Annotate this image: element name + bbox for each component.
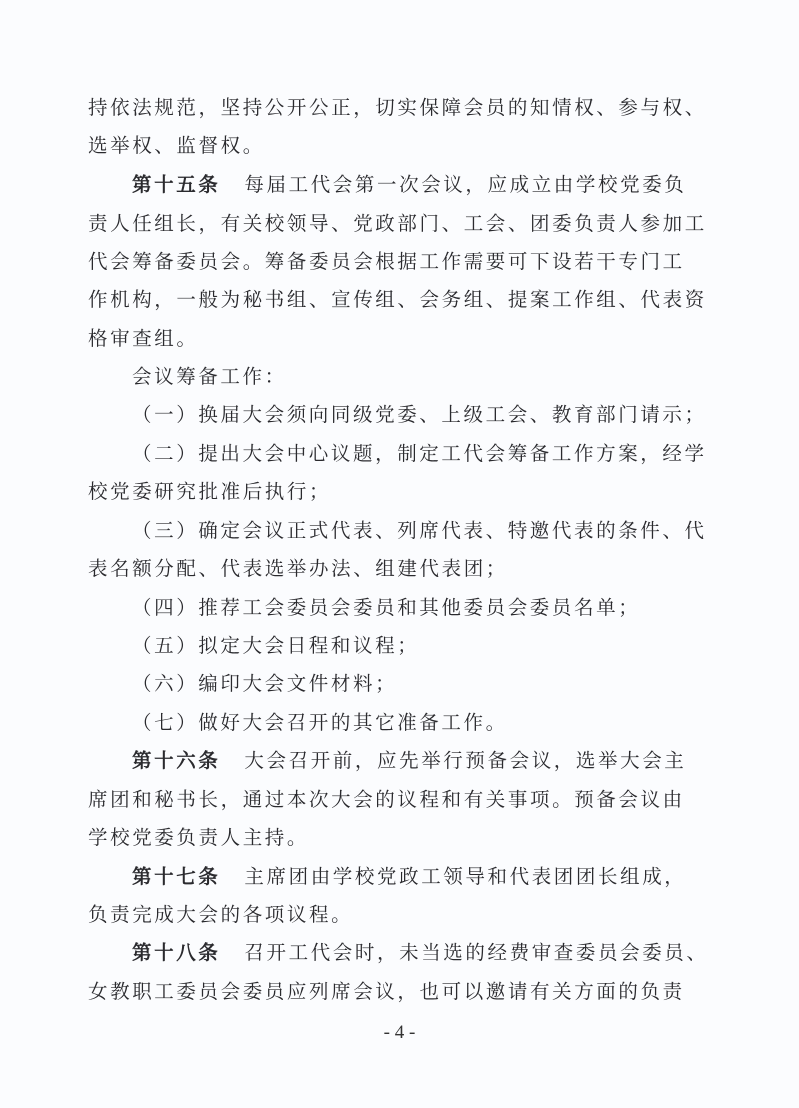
list-item: （四）推荐工会委员会委员和其他委员会委员名单； bbox=[132, 596, 772, 620]
text-line: 表名额分配、代表选举办法、组建代表团； bbox=[88, 557, 728, 581]
text-line: 作机构，一般为秘书组、宣传组、会务组、提案工作组、代表资 bbox=[88, 288, 728, 312]
text-line: 持依法规范，坚持公开公正，切实保障会员的知情权、参与权、 bbox=[88, 96, 728, 120]
article-16: 第十六条大会召开前，应先举行预备会议，选举大会主 bbox=[132, 749, 772, 773]
text-line: 席团和秘书长，通过本次大会的议程和有关事项。预备会议由 bbox=[88, 788, 728, 812]
article-15: 第十五条每届工代会第一次会议，应成立由学校党委负 bbox=[132, 173, 772, 197]
article-label: 第十七条 bbox=[132, 865, 220, 888]
list-item: （二）提出大会中心议题，制定工代会筹备工作方案，经学 bbox=[132, 442, 772, 466]
list-item: （六）编印大会文件材料； bbox=[132, 672, 772, 696]
list-item: （三）确定会议正式代表、列席代表、特邀代表的条件、代 bbox=[132, 519, 772, 543]
text-line: 校党委研究批准后执行； bbox=[88, 480, 728, 504]
article-17: 第十七条主席团由学校党政工领导和代表团团长组成， bbox=[132, 865, 772, 889]
document-page: 持依法规范，坚持公开公正，切实保障会员的知情权、参与权、 选举权、监督权。 第十… bbox=[0, 0, 799, 1108]
article-text: 大会召开前，应先举行预备会议，选举大会主 bbox=[244, 749, 686, 772]
text-line: 学校党委负责人主持。 bbox=[88, 826, 728, 850]
section-heading: 会议筹备工作： bbox=[132, 365, 772, 389]
list-item: （五）拟定大会日程和议程； bbox=[132, 634, 772, 658]
article-label: 第十八条 bbox=[132, 941, 220, 964]
article-18: 第十八条召开工代会时，未当选的经费审查委员会委员、 bbox=[132, 941, 772, 965]
text-line: 责人任组长，有关校领导、党政部门、工会、团委负责人参加工 bbox=[88, 212, 728, 236]
article-text: 召开工代会时，未当选的经费审查委员会委员、 bbox=[244, 941, 708, 964]
article-label: 第十五条 bbox=[132, 173, 220, 196]
article-text: 每届工代会第一次会议，应成立由学校党委负 bbox=[244, 173, 686, 196]
page-number: - 4 - bbox=[0, 1022, 799, 1044]
article-text: 主席团由学校党政工领导和代表团团长组成， bbox=[244, 865, 686, 888]
text-line: 代会筹备委员会。筹备委员会根据工作需要可下设若干专门工 bbox=[88, 250, 728, 274]
list-item: （七）做好大会召开的其它准备工作。 bbox=[132, 711, 772, 735]
text-line: 女教职工委员会委员应列席会议，也可以邀请有关方面的负责 bbox=[88, 980, 728, 1004]
text-line: 负责完成大会的各项议程。 bbox=[88, 903, 728, 927]
list-item: （一）换届大会须向同级党委、上级工会、教育部门请示； bbox=[132, 403, 772, 427]
text-line: 格审查组。 bbox=[88, 327, 728, 351]
text-line: 选举权、监督权。 bbox=[88, 134, 728, 158]
article-label: 第十六条 bbox=[132, 749, 220, 772]
